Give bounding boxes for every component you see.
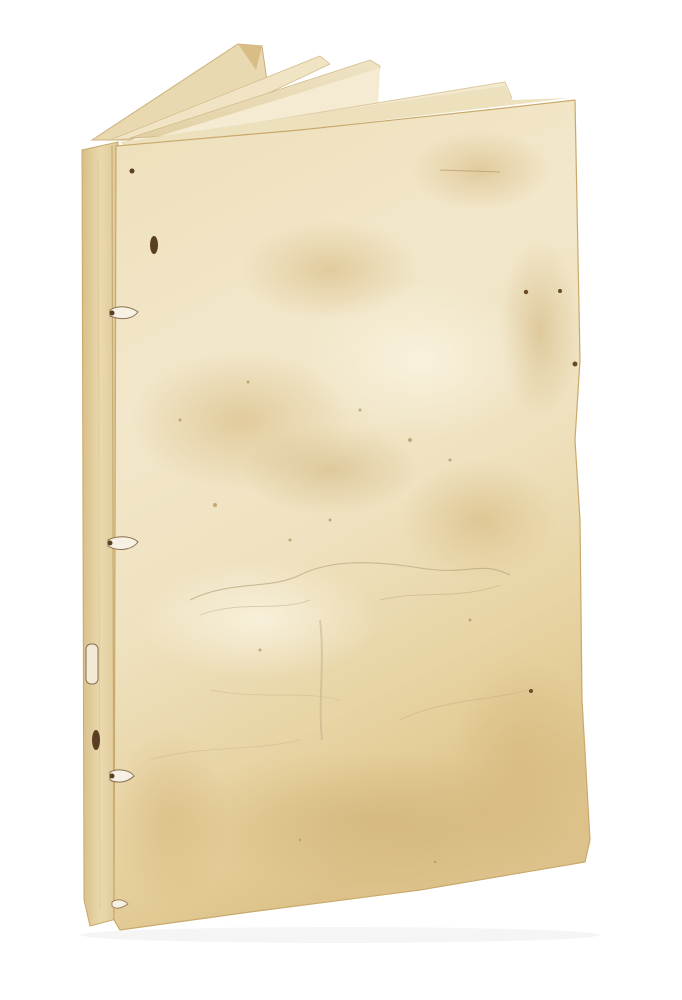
ground-shadow [80, 927, 600, 943]
photo-scene: Antique limp vellum-bound book standing … [0, 0, 682, 1000]
vellum-book-illustration [0, 0, 682, 1000]
front-cover [110, 100, 590, 930]
